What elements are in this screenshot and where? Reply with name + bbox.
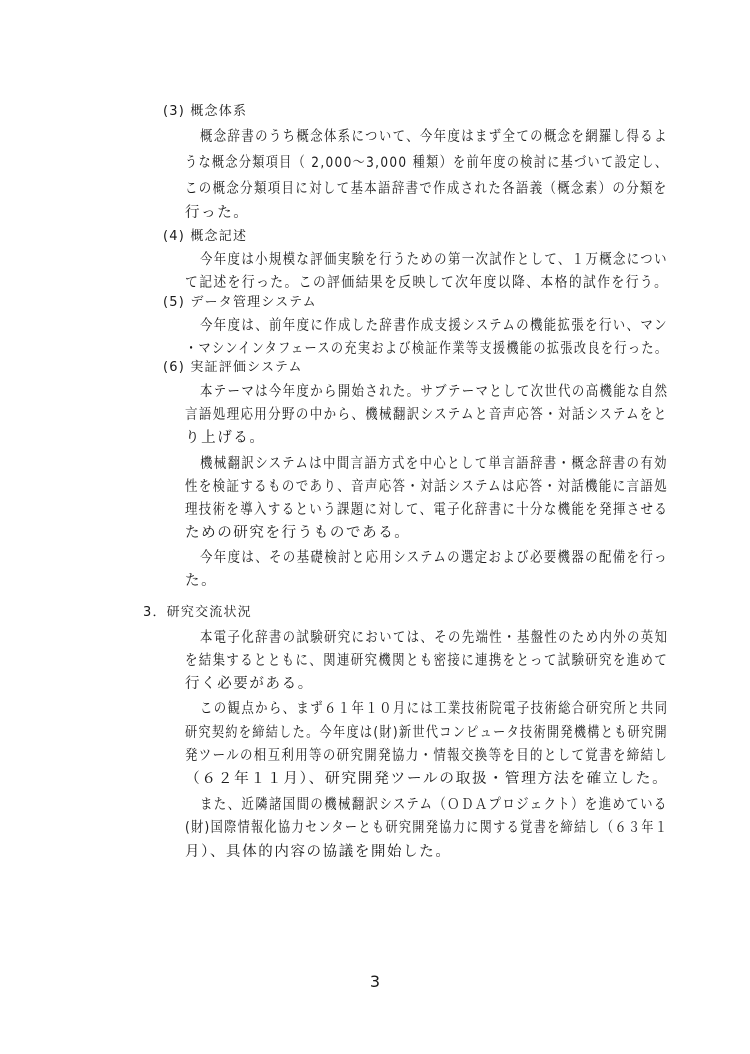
paragraph-line: た。 — [185, 571, 217, 591]
paragraph-line: この概念分類項目に対して基本語辞書で作成された各語義（概念素）の分類を — [185, 179, 668, 199]
paragraph-line: 言語処理応用分野の中から、機械翻訳システムと音声応答・対話システムをと — [185, 405, 668, 425]
paragraph-line: 概念辞書のうち概念体系について、今年度はまず全ての概念を網羅し得るよ — [200, 127, 668, 147]
paragraph-line: 行った。 — [185, 203, 249, 223]
paragraph-line: ・マシンインタフェースの充実および検証作業等支援機能の拡張改良を行った。 — [185, 339, 668, 359]
paragraph-line: 本テーマは今年度から開始された。サブテーマとして次世代の高機能な自然 — [200, 382, 668, 402]
paragraph-line: て記述を行った。この評価結果を反映して次年度以降、本格的試作を行う。 — [185, 273, 668, 293]
paragraph-line: 今年度は、その基礎検討と応用システムの選定および必要機器の配備を行っ — [200, 548, 668, 568]
paragraph-line: 今年度は小規模な評価実験を行うための第一次試作として、１万概念につい — [200, 250, 668, 270]
section-heading-4: (4) 概念記述 — [163, 227, 247, 247]
paragraph-line: 性を検証するものであり、音声応答・対話システムは応答・対話機能に言語処 — [185, 477, 668, 497]
paragraph-line: （６２年１１月）、研究開発ツールの取扱・管理方法を確立した。 — [185, 769, 668, 789]
paragraph-line: 理技術を導入するという課題に対して、電子化辞書に十分な機能を発揮させる — [185, 500, 668, 520]
paragraph-line: 発ツールの相互利用等の研究開発協力・情報交換等を目的として覚書を締結し — [185, 746, 668, 766]
paragraph-line: 本電子化辞書の試験研究においては、その先端性・基盤性のため内外の英知 — [200, 628, 668, 648]
paragraph-line: 今年度は、前年度に作成した辞書作成支援システムの機能拡張を行い、マン — [200, 316, 668, 336]
paragraph-line: ための研究を行うものである。 — [185, 523, 410, 543]
section-heading-research-exchange: 3．研究交流状況 — [143, 603, 252, 623]
section-heading-3: (3) 概念体系 — [163, 102, 247, 122]
paragraph-line: 月）、具体的内容の協議を開始した。 — [185, 842, 451, 862]
paragraph-line: 行く必要がある。 — [185, 674, 314, 694]
section-heading-5: (5) データ管理システム — [163, 293, 317, 313]
paragraph-line: り上げる。 — [185, 428, 266, 448]
page-number: 3 — [370, 972, 380, 991]
paragraph-line: (財)国際情報化協力センターとも研究開発協力に関する覚書を締結し（６３年１ — [185, 818, 668, 838]
paragraph-line: うな概念分類項目（ 2,000～3,000 種類）を前年度の検討に基づいて設定し… — [185, 153, 668, 173]
paragraph-line: 研究契約を締結した。今年度は(財)新世代コンピュータ技術開発機構とも研究開 — [185, 723, 668, 743]
paragraph-line: この観点から、まず６１年１０月には工業技術院電子技術総合研究所と共同 — [200, 699, 668, 719]
section-heading-6: (6) 実証評価システム — [163, 358, 303, 378]
paragraph-line: また、近隣諸国間の機械翻訳システム（ＯＤＡプロジェクト）を進めている — [200, 795, 668, 815]
paragraph-line: 機械翻訳システムは中間言語方式を中心として単言語辞書・概念辞書の有効 — [200, 454, 668, 474]
paragraph-line: を結集するとともに、関連研究機関とも密接に連携をとって試験研究を進めて — [185, 651, 668, 671]
